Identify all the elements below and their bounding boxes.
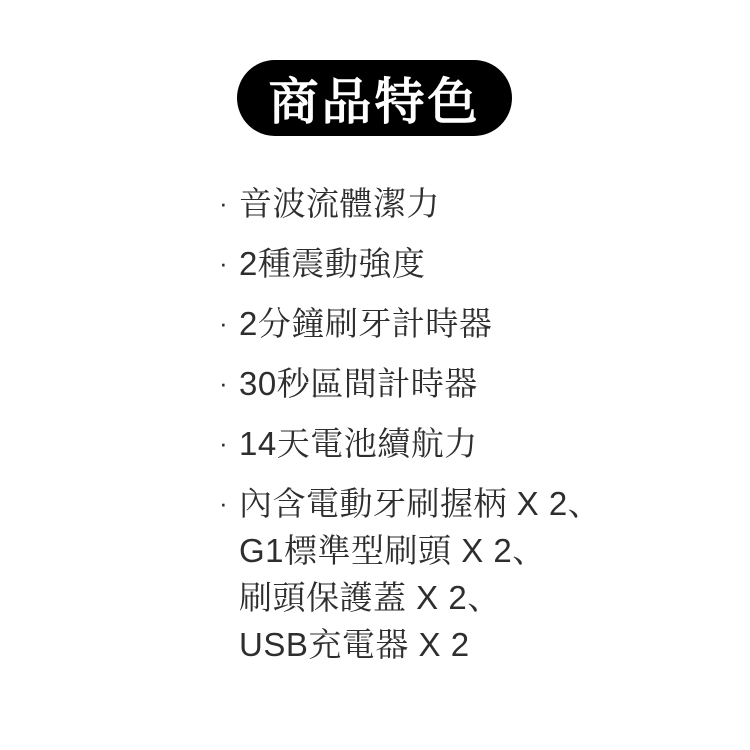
bullet-icon: · [219, 240, 239, 287]
bullet-icon: · [219, 360, 239, 407]
bullet-icon: · [219, 180, 239, 227]
feature-text: 14天電池續航力 [239, 420, 601, 467]
feature-text: USB充電器 X 2 [239, 621, 601, 668]
feature-text: 2種震動強度 [239, 240, 601, 287]
list-item: · 音波流體潔力 [219, 180, 601, 227]
feature-text: 內含電動牙刷握柄 X 2、 [239, 480, 601, 527]
list-item: · 2種震動強度 [219, 240, 601, 287]
bullet-icon: · [219, 480, 239, 527]
feature-text: 2分鐘刷牙計時器 [239, 300, 601, 347]
list-item: · 內含電動牙刷握柄 X 2、 G1標準型刷頭 X 2、 刷頭保護蓋 X 2、 … [219, 480, 601, 668]
product-feature-panel: 商品特色 · 音波流體潔力 · 2種震動強度 · 2分鐘刷牙計時器 · 30秒區… [0, 0, 750, 750]
section-title: 商品特色 [269, 62, 481, 134]
list-item: · 30秒區間計時器 [219, 360, 601, 407]
list-item: · 2分鐘刷牙計時器 [219, 300, 601, 347]
list-item: · 14天電池續航力 [219, 420, 601, 467]
feature-text: G1標準型刷頭 X 2、 [239, 527, 601, 574]
bullet-icon: · [219, 420, 239, 467]
feature-list: · 音波流體潔力 · 2種震動強度 · 2分鐘刷牙計時器 · 30秒區間計時器 … [219, 180, 601, 681]
section-title-badge: 商品特色 [237, 60, 512, 136]
bullet-icon: · [219, 300, 239, 347]
feature-text: 音波流體潔力 [239, 180, 601, 227]
feature-text: 刷頭保護蓋 X 2、 [239, 574, 601, 621]
feature-text: 30秒區間計時器 [239, 360, 601, 407]
